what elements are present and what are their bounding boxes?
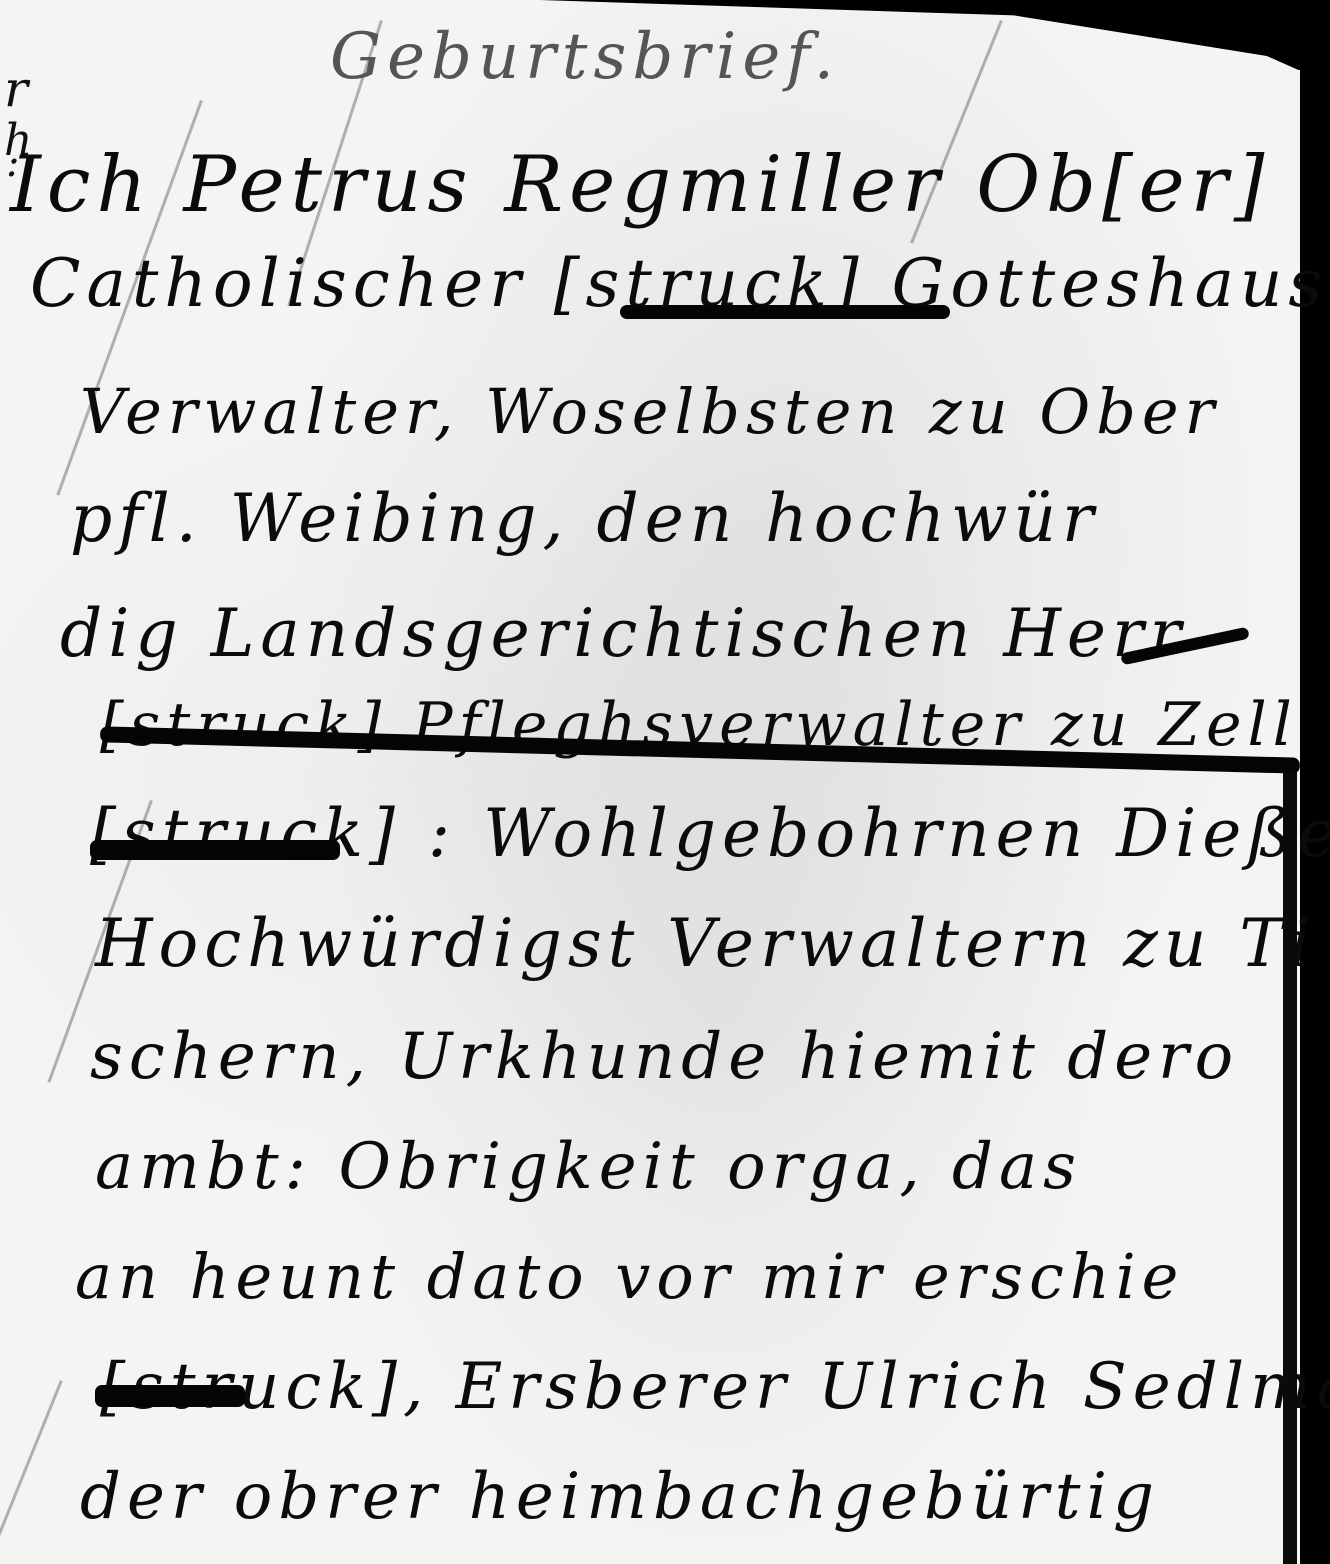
strikethrough-mark — [95, 1385, 245, 1407]
manuscript-line-10: ambt: Obrigkeit orga, das — [95, 1130, 1082, 1204]
margin-mark: r — [4, 60, 28, 118]
manuscript-line-3: Verwalter, Woselbsten zu Ober — [80, 375, 1220, 448]
manuscript-line-12: [struck], Ersberer Ulrich Sedlmay — [100, 1350, 1330, 1424]
document-heading: Geburtsbrief. — [330, 20, 840, 94]
manuscript-line-4: pfl. Weibing, den hochwür — [70, 480, 1100, 557]
strikethrough-mark — [90, 840, 340, 860]
manuscript-line-7: [struck] : Wohlgebohrnen Dießen — [90, 795, 1330, 872]
manuscript-line-1: Ich Petrus Regmiller Ob[er] — [10, 140, 1270, 230]
manuscript-page — [0, 0, 1310, 1564]
manuscript-line-13: der obrer heimbachgebürtig — [80, 1460, 1160, 1534]
margin-rule-line — [1283, 760, 1297, 1564]
scan-border-right — [1300, 0, 1330, 1564]
manuscript-line-5: dig Landsgerichtischen Herr — [60, 595, 1187, 672]
manuscript-line-9: schern, Urkhunde hiemit dero — [90, 1020, 1239, 1094]
manuscript-line-11: an heunt dato vor mir erschie — [75, 1240, 1184, 1313]
manuscript-line-8: Hochwürdigst Verwaltern zu Ti — [95, 905, 1316, 982]
strikethrough-mark — [620, 305, 950, 319]
